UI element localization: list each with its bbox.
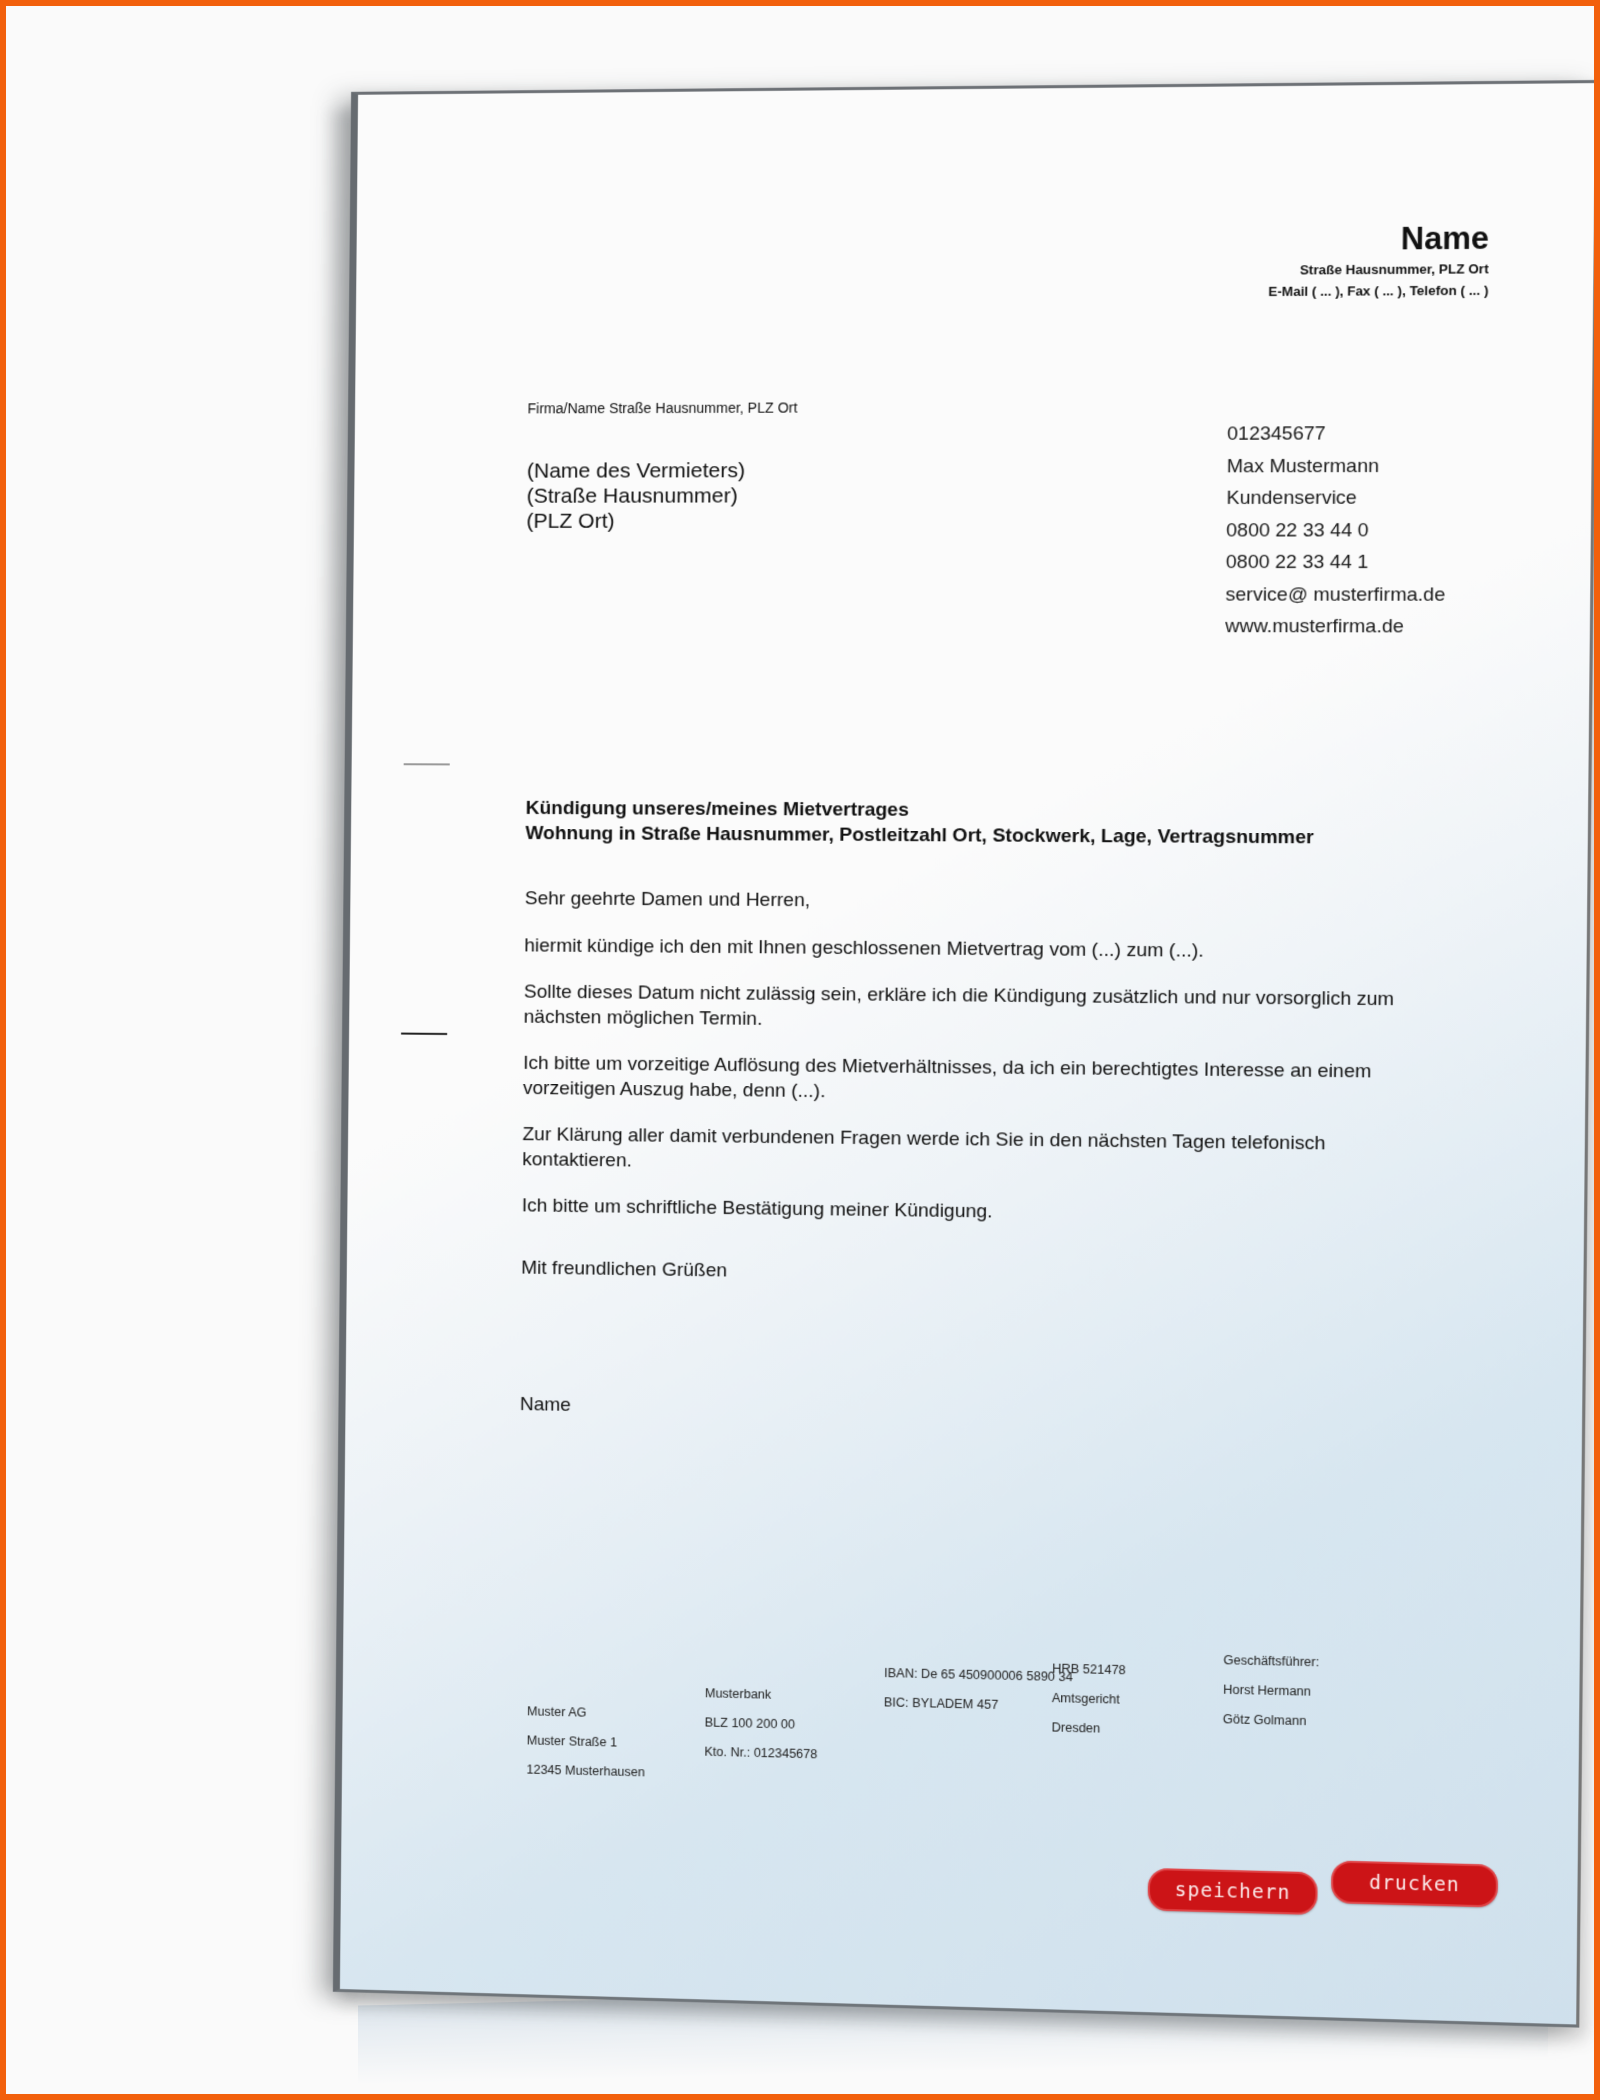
recipient-line: (Name des Vermieters) <box>527 458 745 484</box>
recipient-line: (Straße Hausnummer) <box>527 483 745 508</box>
signature-name: Name <box>520 1394 571 1417</box>
sender-name: Name <box>1269 219 1489 259</box>
contact-line: 0800 22 33 44 0 <box>1226 514 1446 546</box>
fold-mark <box>404 763 450 765</box>
contact-line: service@ musterfirma.de <box>1225 579 1445 611</box>
sender-header: Name Straße Hausnummer, PLZ Ort E-Mail (… <box>1268 219 1489 302</box>
punch-mark <box>401 1033 447 1035</box>
letter-body: Sehr geehrte Damen und Herren, hiermit k… <box>522 886 1427 1251</box>
print-button[interactable]: drucken <box>1331 1860 1498 1907</box>
recipient-line: (PLZ Ort) <box>526 509 744 534</box>
footer-register: HRB 521478 Amtsgericht Dresden <box>1051 1654 1126 1744</box>
salutation: Sehr geehrte Damen und Herren, <box>525 886 1427 917</box>
footer-management: Geschäftsführer: Horst Hermann Götz Golm… <box>1223 1646 1320 1737</box>
closing: Mit freundlichen Grüßen <box>521 1258 727 1283</box>
contact-line: 0800 22 33 44 1 <box>1226 547 1446 579</box>
footer-line: Musterbank <box>705 1679 818 1711</box>
footer-line: Dresden <box>1051 1713 1125 1744</box>
footer-line: BLZ 100 200 00 <box>705 1708 818 1740</box>
return-address: Firma/Name Straße Hausnummer, PLZ Ort <box>527 399 797 416</box>
contact-block: 012345677 Max Mustermann Kundenservice 0… <box>1225 418 1447 643</box>
footer-line: Amtsgericht <box>1052 1684 1126 1715</box>
footer-line: IBAN: De 65 450900006 5890 34 <box>884 1659 1073 1693</box>
body-paragraph: Zur Klärung aller damit verbundenen Frag… <box>522 1122 1424 1183</box>
footer-line: Kto. Nr.: 012345678 <box>704 1738 817 1770</box>
footer-line: Muster AG <box>527 1697 646 1729</box>
body-paragraph: Ich bitte um vorzeitige Auflösung des Mi… <box>523 1051 1425 1111</box>
document-page: Name Straße Hausnummer, PLZ Ort E-Mail (… <box>333 80 1599 2028</box>
footer-iban: IBAN: De 65 450900006 5890 34 BIC: BYLAD… <box>884 1659 1073 1722</box>
recipient-address: (Name des Vermieters) (Straße Hausnummer… <box>526 458 745 534</box>
footer-company: Muster AG Muster Straße 1 12345 Musterha… <box>526 1697 645 1787</box>
contact-line: Kundenservice <box>1226 482 1446 514</box>
save-button[interactable]: speichern <box>1148 1868 1318 1915</box>
footer-line: Götz Golmann <box>1223 1705 1319 1737</box>
footer-line: HRB 521478 <box>1052 1654 1126 1685</box>
footer-bank: Musterbank BLZ 100 200 00 Kto. Nr.: 0123… <box>704 1679 818 1769</box>
footer-line: 12345 Musterhausen <box>526 1755 645 1787</box>
footer-line: Geschäftsführer: <box>1223 1646 1319 1678</box>
body-paragraph: Sollte dieses Datum nicht zulässig sein,… <box>524 980 1426 1039</box>
contact-line: www.musterfirma.de <box>1225 611 1445 643</box>
contact-line: 012345677 <box>1227 418 1447 451</box>
footer-line: Horst Hermann <box>1223 1675 1319 1707</box>
sender-contact: E-Mail ( ... ), Fax ( ... ), Telefon ( .… <box>1268 280 1488 303</box>
subject-line-2: Wohnung in Straße Hausnummer, Postleitza… <box>525 821 1314 851</box>
body-paragraph: hiermit kündige ich den mit Ihnen geschl… <box>524 933 1425 965</box>
subject: Kündigung unseres/meines Mietvertrages W… <box>525 796 1314 851</box>
footer-line: BIC: BYLADEM 457 <box>884 1688 1073 1722</box>
body-paragraph: Ich bitte um schriftliche Bestätigung me… <box>522 1193 1423 1230</box>
sender-address: Straße Hausnummer, PLZ Ort <box>1269 258 1489 281</box>
contact-line: Max Mustermann <box>1227 450 1447 483</box>
footer-line: Muster Straße 1 <box>527 1726 646 1758</box>
